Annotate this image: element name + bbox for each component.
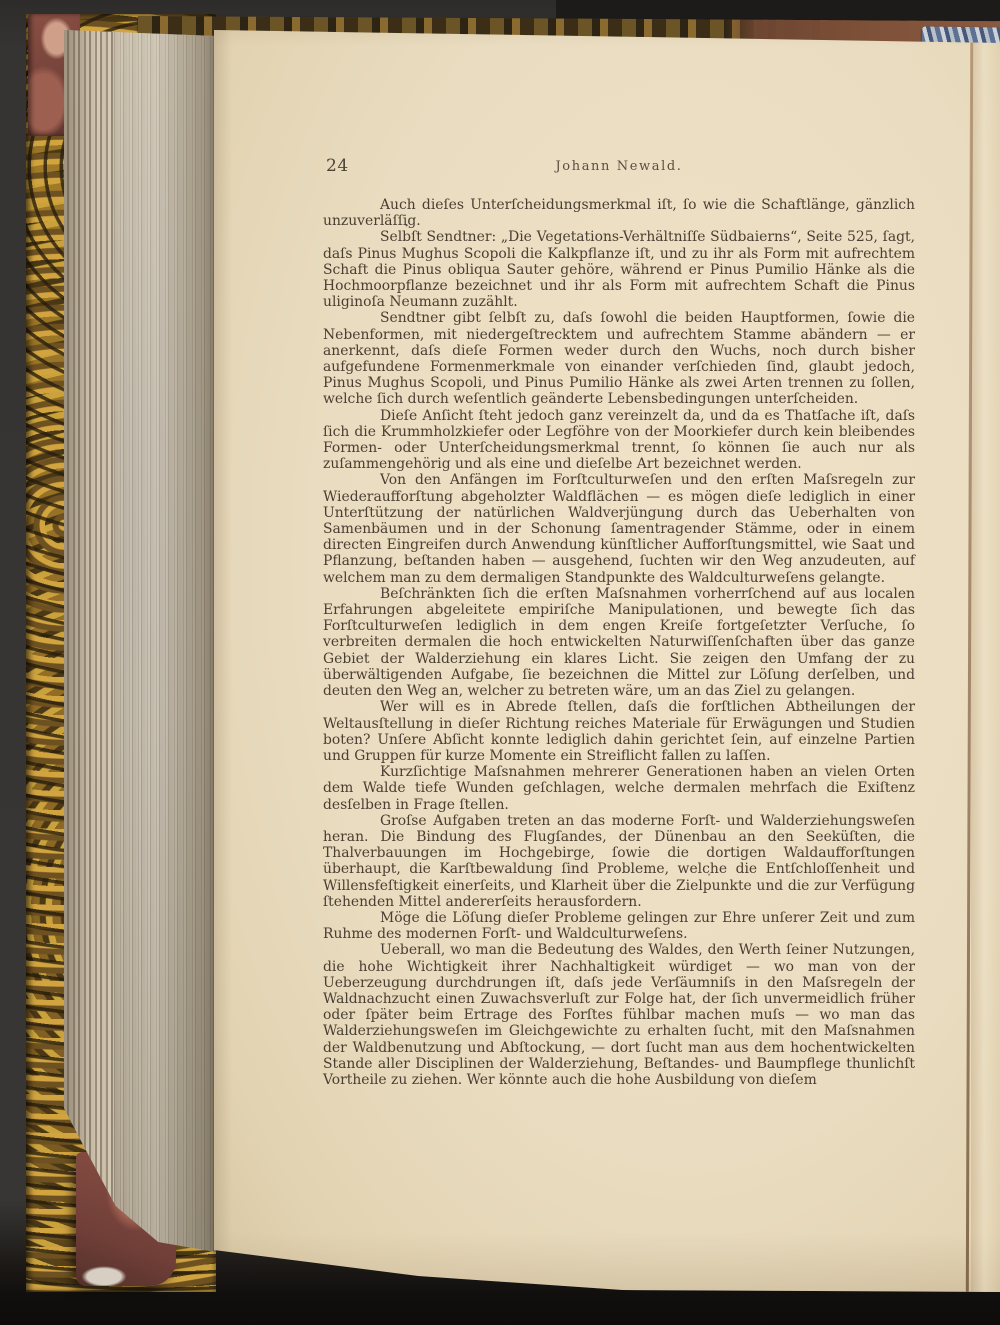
paragraph: Beſchränkten ſich die erſten Maſsnahmen …: [323, 586, 915, 699]
paragraph: Selbſt Sendtner: „Die Vegetations-Verhäl…: [323, 229, 915, 310]
paragraph: Von den Anfängen im Forſtculturweſen und…: [323, 472, 915, 585]
page-header: 24 Johann Newald.: [323, 156, 915, 178]
page-edges-fan-outer-leaves: [64, 26, 114, 1280]
paragraph: Wer will es in Abrede ſtellen, daſs die …: [323, 699, 915, 764]
paragraph: Kurzſichtige Maſsnahmen mehrerer Generat…: [323, 764, 915, 813]
paragraph: Ueberall, wo man die Bedeutung des Walde…: [323, 942, 915, 1088]
paragraph: Sendtner gibt ſelbſt zu, daſs ſowohl die…: [323, 310, 915, 407]
paragraph: Möge die Löſung dieſer Probleme gelingen…: [323, 910, 915, 942]
photo-backdrop: { "page": { "number": "24", "running_hea…: [0, 0, 1000, 1325]
paragraph: Auch dieſes Unterſcheidungsmerkmal iſt, …: [323, 197, 915, 229]
page-gutter-shading: [971, 36, 1000, 1292]
running-header: Johann Newald.: [323, 159, 915, 174]
paragraph: Groſse Aufgaben treten an das moderne Fo…: [323, 813, 915, 910]
page-edges-fan: [64, 26, 216, 1280]
book-page: 24 Johann Newald. Auch dieſes Unterſchei…: [214, 0, 1000, 1325]
body-text: Auch dieſes Unterſcheidungsmerkmal iſt, …: [323, 197, 915, 1088]
paragraph: Dieſe Anſicht ſteht jedoch ganz vereinze…: [323, 408, 915, 473]
